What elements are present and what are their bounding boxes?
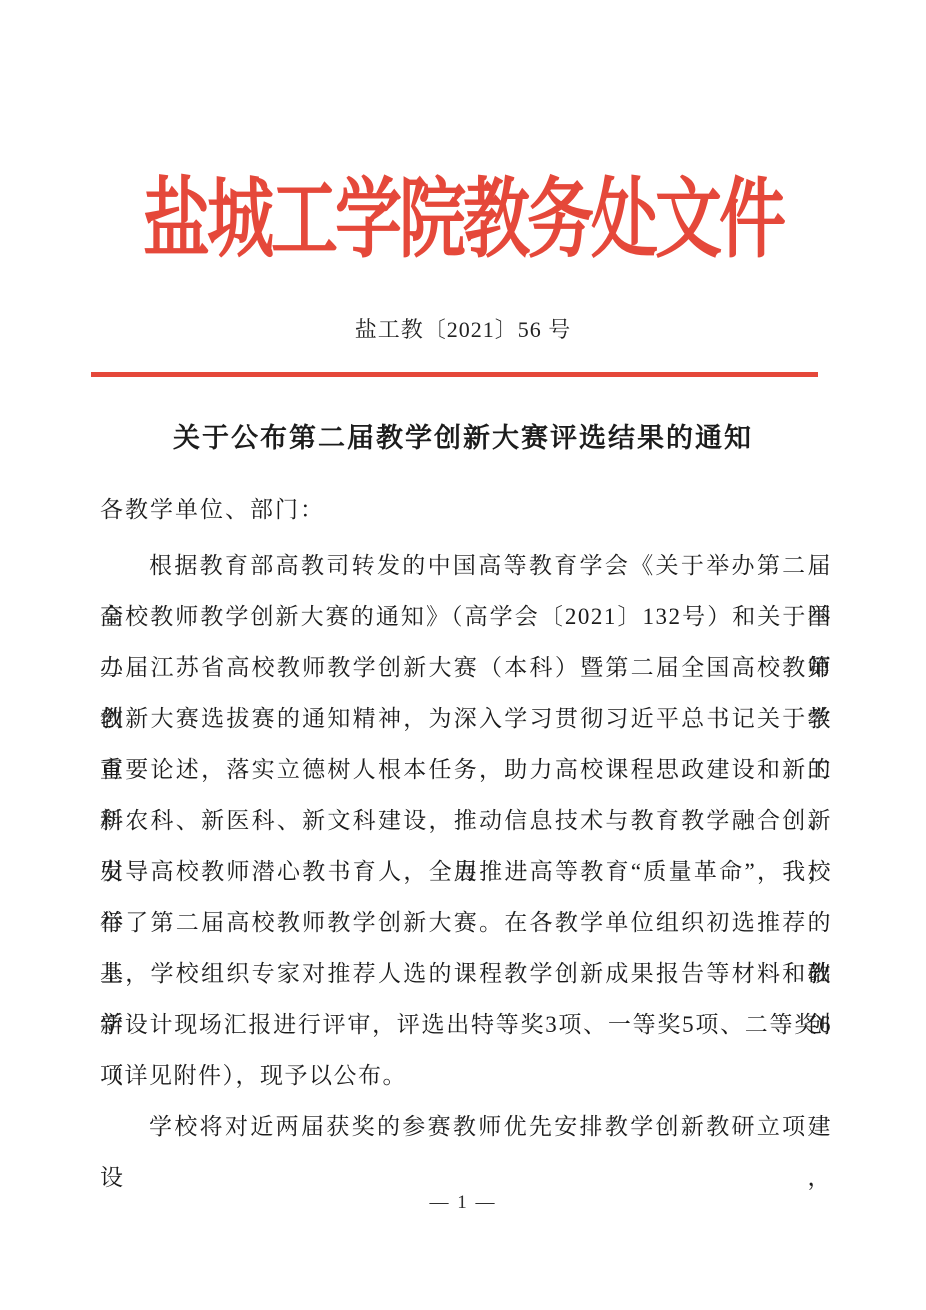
body-line: 二届江苏省高校教师教学创新大赛（本科）暨第二届全国高校教师教学 [100, 642, 832, 693]
body-line: 引导高校教师潜心教书育人，全力推进高等教育“质量革命”，我校举 [100, 846, 832, 897]
document-page: 盐城工学院教务处文件 盐工教〔2021〕56 号 关于公布第二届教学创新大赛评选… [0, 0, 926, 1310]
page-number: — 1 — [0, 1192, 926, 1214]
body-line: （详见附件），现予以公布。 [100, 1050, 832, 1101]
document-body: 根据教育部高教司转发的中国高等教育学会《关于举办第二届全国 高校教师教学创新大赛… [100, 540, 832, 1152]
red-divider-line [91, 372, 818, 377]
document-title: 关于公布第二届教学创新大赛评选结果的通知 [0, 416, 926, 455]
body-line: 学校将对近两届获奖的参赛教师优先安排教学创新教研立项建设， [100, 1101, 832, 1152]
body-line: 重要论述，落实立德树人根本任务，助力高校课程思政建设和新工科、 [100, 744, 832, 795]
body-line: 高校教师教学创新大赛的通知》（高学会〔2021〕132号）和关于举办第 [100, 591, 832, 642]
salutation: 各教学单位、部门： [100, 491, 325, 524]
body-line: 行了第二届高校教师教学创新大赛。在各教学单位组织初选推荐的基础 [100, 897, 832, 948]
body-line: 新农科、新医科、新文科建设，推动信息技术与教育教学融合创新发展， [100, 795, 832, 846]
document-number: 盐工教〔2021〕56 号 [0, 313, 926, 344]
body-line: 上，学校组织专家对推荐人选的课程教学创新成果报告等材料和教学创 [100, 948, 832, 999]
body-line: 根据教育部高教司转发的中国高等教育学会《关于举办第二届全国 [100, 540, 832, 591]
body-line: 创新大赛选拔赛的通知精神，为深入学习贯彻习近平总书记关于教育的 [100, 693, 832, 744]
document-header-title: 盐城工学院教务处文件 [0, 150, 926, 275]
body-line: 新设计现场汇报进行评审，评选出特等奖3项、一等奖5项、二等奖6项 [100, 999, 832, 1050]
